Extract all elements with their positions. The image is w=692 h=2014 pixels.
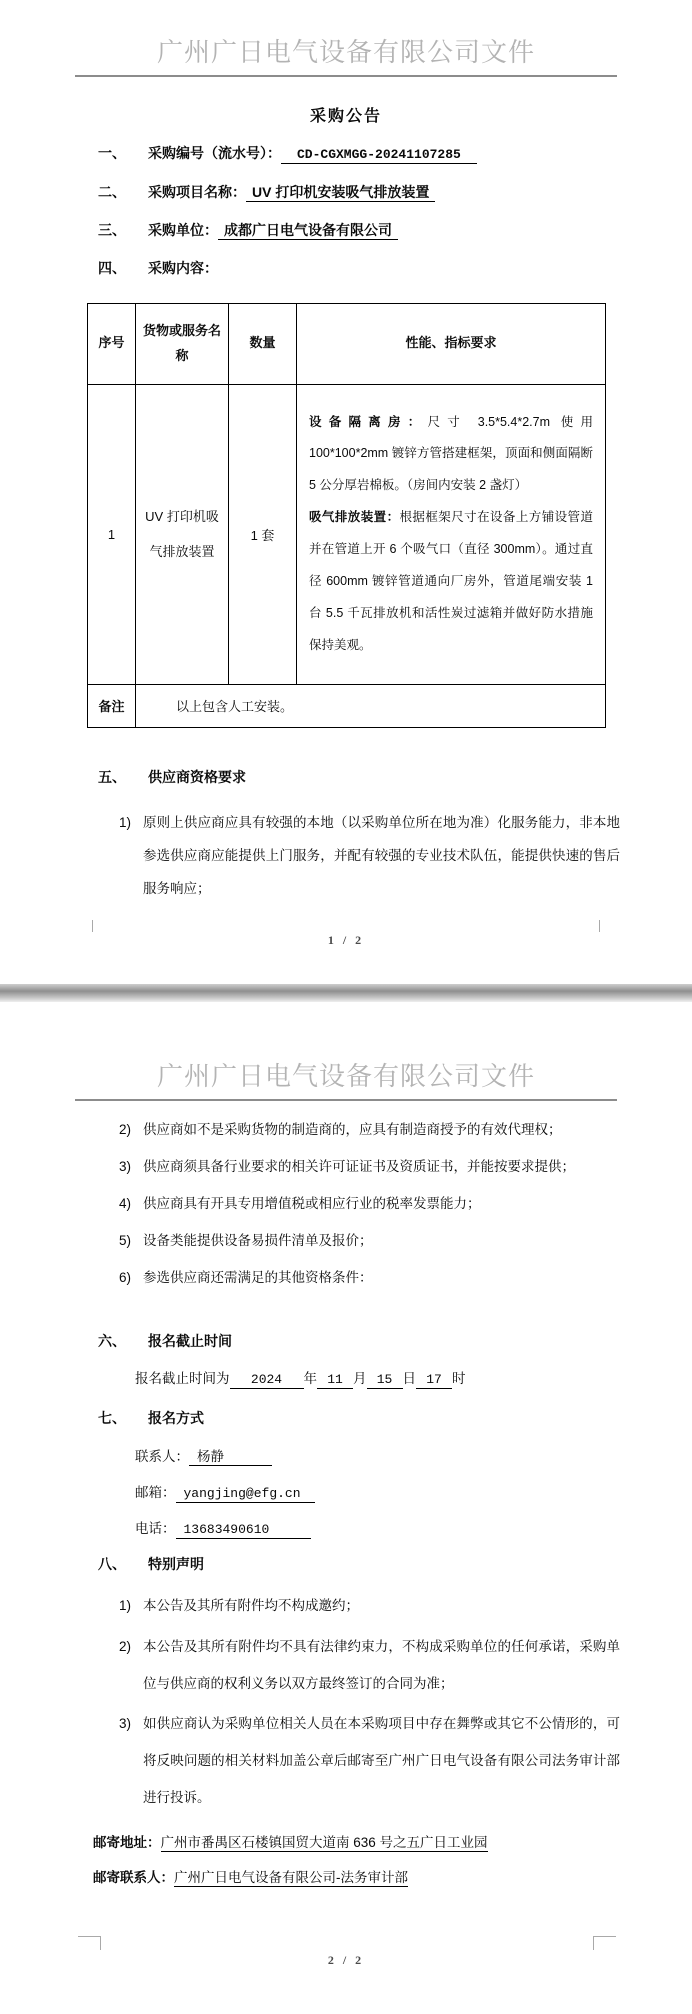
list-marker: 2) xyxy=(119,1628,143,1702)
cell-spec-requirements: 设备隔离房：尺寸 3.5*5.4*2.7m 使用 100*100*2mm 镀锌方… xyxy=(297,384,606,684)
deadline-year-unit: 年 xyxy=(304,1371,318,1386)
section-heading-supplier-qualifications: 五、供应商资格要求 xyxy=(98,766,692,788)
item-label: 采购单位： xyxy=(148,222,218,238)
list-item: 1) 原则上供应商应具有较强的本地（以采购单位所在地为准）化服务能力，非本地参选… xyxy=(119,806,620,905)
qualification-list: 1) 原则上供应商应具有较强的本地（以采购单位所在地为准）化服务能力，非本地参选… xyxy=(0,806,692,905)
contact-label: 邮箱： xyxy=(135,1485,176,1500)
margin-tick-left xyxy=(92,920,93,932)
item-number: 三、 xyxy=(98,220,148,241)
table-header-row: 序号 货物或服务名称 数量 性能、指标要求 xyxy=(88,303,606,384)
contact-person-line: 联系人：杨静 xyxy=(135,1445,692,1465)
section-number: 六、 xyxy=(98,1330,148,1352)
letterhead-rule xyxy=(75,1099,617,1101)
deadline-prefix: 报名截止时间为 xyxy=(135,1371,230,1386)
list-text: 原则上供应商应具有较强的本地（以采购单位所在地为准）化服务能力，非本地参选供应商… xyxy=(143,806,620,905)
list-item: 2) 供应商如不是采购货物的制造商的，应具有制造商授予的有效代理权； xyxy=(119,1113,620,1146)
item-number: 四、 xyxy=(98,258,148,279)
item-number: 一、 xyxy=(98,143,148,164)
contact-email-value: yangjing@efg.cn xyxy=(176,1486,315,1503)
list-text: 供应商须具备行业要求的相关许可证证书及资质证书，并能按要求提供； xyxy=(143,1150,620,1183)
list-item: 6) 参选供应商还需满足的其他资格条件： xyxy=(119,1261,620,1294)
procurement-table: 序号 货物或服务名称 数量 性能、指标要求 1 UV 打印机吸气排放装置 1 套… xyxy=(87,303,606,728)
table-remark-row: 备注 以上包含人工安装。 xyxy=(88,684,606,727)
list-marker: 1) xyxy=(119,1587,143,1624)
cell-quantity: 1 套 xyxy=(229,384,297,684)
project-name-value: UV 打印机安装吸气排放装置 xyxy=(246,184,435,202)
list-text: 本公告及其所有附件均不具有法律约束力，不构成采购单位的任何承诺，采购单位与供应商… xyxy=(143,1628,620,1702)
page-1: 广州广日电气设备有限公司文件 采购公告 一、采购编号（流水号）：CD-CGXMG… xyxy=(0,0,692,984)
remark-label: 备注 xyxy=(88,684,136,727)
spec-lead: 设备隔离房： xyxy=(309,415,428,429)
section-number: 五、 xyxy=(98,766,148,788)
contact-email-line: 邮箱：yangjing@efg.cn xyxy=(135,1481,692,1501)
spec-paragraph: 吸气排放装置：根据框架尺寸在设备上方铺设管道并在管道上开 6 个吸气口（直径 3… xyxy=(309,502,593,661)
list-marker: 3) xyxy=(119,1705,143,1816)
deadline-day-value: 15 xyxy=(367,1372,403,1389)
list-marker: 3) xyxy=(119,1150,143,1183)
company-letterhead: 广州广日电气设备有限公司文件 xyxy=(0,1002,692,1093)
numbered-item-content: 四、采购内容： xyxy=(98,258,692,279)
page-number: 1 / 2 xyxy=(0,933,692,948)
mailing-label: 邮寄地址： xyxy=(93,1835,161,1850)
spec-text: 根据框架尺寸在设备上方铺设管道并在管道上开 6 个吸气口（直径 300mm）。通… xyxy=(309,510,593,652)
page-divider xyxy=(0,984,692,1002)
procurement-number-value: CD-CGXMGG-20241107285 xyxy=(281,147,477,164)
text-area-corner-mark-left xyxy=(78,1936,101,1950)
company-letterhead: 广州广日电气设备有限公司文件 xyxy=(0,0,692,69)
contact-person-value: 杨静 xyxy=(189,1449,272,1466)
list-item: 5) 设备类能提供设备易损件清单及报价； xyxy=(119,1224,620,1257)
contact-label: 电话： xyxy=(135,1521,176,1536)
mailing-contact-line: 邮寄联系人：广州广日电气设备有限公司-法务审计部 xyxy=(93,1866,692,1886)
item-label: 采购编号（流水号）： xyxy=(148,145,281,161)
text-area-corner-mark-right xyxy=(593,1936,616,1950)
purchaser-value: 成都广日电气设备有限公司 xyxy=(218,222,398,240)
qualification-list-continued: 2) 供应商如不是采购货物的制造商的，应具有制造商授予的有效代理权； 3) 供应… xyxy=(0,1113,692,1294)
letterhead-rule xyxy=(75,75,617,77)
item-label: 采购内容： xyxy=(148,260,218,276)
contact-phone-value: 13683490610 xyxy=(176,1522,312,1539)
list-text: 供应商具有开具专用增值税或相应行业的税率发票能力； xyxy=(143,1187,620,1220)
list-text: 参选供应商还需满足的其他资格条件： xyxy=(143,1261,620,1294)
list-marker: 4) xyxy=(119,1187,143,1220)
list-item: 4) 供应商具有开具专用增值税或相应行业的税率发票能力； xyxy=(119,1187,620,1220)
margin-tick-right xyxy=(599,920,600,932)
section-number: 七、 xyxy=(98,1407,148,1429)
cell-seq: 1 xyxy=(88,384,136,684)
section-title: 供应商资格要求 xyxy=(148,769,246,785)
list-marker: 6) xyxy=(119,1261,143,1294)
list-item: 2) 本公告及其所有附件均不具有法律约束力，不构成采购单位的任何承诺，采购单位与… xyxy=(119,1628,620,1702)
section-heading-registration-deadline: 六、报名截止时间 xyxy=(98,1330,692,1352)
mailing-contact-value: 广州广日电气设备有限公司-法务审计部 xyxy=(174,1870,408,1887)
mailing-address-line: 邮寄地址：广州市番禺区石楼镇国贸大道南 636 号之五广日工业园 xyxy=(93,1831,692,1851)
deadline-month-value: 11 xyxy=(317,1372,353,1389)
item-number: 二、 xyxy=(98,182,148,203)
mailing-address-value: 广州市番禺区石楼镇国贸大道南 636 号之五广日工业园 xyxy=(161,1835,488,1852)
deadline-hour-value: 17 xyxy=(416,1372,452,1389)
list-text: 如供应商认为采购单位相关人员在本采购项目中存在舞弊或其它不公情形的，可将反映问题… xyxy=(143,1705,620,1816)
statement-list: 1) 本公告及其所有附件均不构成邀约； 2) 本公告及其所有附件均不具有法律约束… xyxy=(0,1587,692,1816)
list-text: 供应商如不是采购货物的制造商的，应具有制造商授予的有效代理权； xyxy=(143,1113,620,1146)
table-header-seq: 序号 xyxy=(88,303,136,384)
contact-label: 联系人： xyxy=(135,1449,189,1464)
section-number: 八、 xyxy=(98,1553,148,1575)
numbered-item-purchaser: 三、采购单位：成都广日电气设备有限公司 xyxy=(98,220,692,241)
page-2: 广州广日电气设备有限公司文件 2) 供应商如不是采购货物的制造商的，应具有制造商… xyxy=(0,1002,692,2014)
deadline-day-unit: 日 xyxy=(403,1371,417,1386)
section-title: 特别声明 xyxy=(148,1556,204,1572)
list-marker: 1) xyxy=(119,806,143,905)
list-marker: 5) xyxy=(119,1224,143,1257)
deadline-month-unit: 月 xyxy=(353,1371,367,1386)
table-header-qty: 数量 xyxy=(229,303,297,384)
list-marker: 2) xyxy=(119,1113,143,1146)
page-number: 2 / 2 xyxy=(0,1953,692,1968)
spec-paragraph: 设备隔离房：尺寸 3.5*5.4*2.7m 使用 100*100*2mm 镀锌方… xyxy=(309,407,593,503)
list-text: 本公告及其所有附件均不构成邀约； xyxy=(143,1587,620,1624)
item-label: 采购项目名称： xyxy=(148,184,246,200)
list-item: 3) 如供应商认为采购单位相关人员在本采购项目中存在舞弊或其它不公情形的，可将反… xyxy=(119,1705,620,1816)
document-title: 采购公告 xyxy=(0,103,692,126)
table-header-spec: 性能、指标要求 xyxy=(297,303,606,384)
list-item: 1) 本公告及其所有附件均不构成邀约； xyxy=(119,1587,620,1624)
section-title: 报名方式 xyxy=(148,1410,204,1426)
contact-phone-line: 电话：13683490610 xyxy=(135,1517,692,1537)
cell-goods-name: UV 打印机吸气排放装置 xyxy=(136,384,229,684)
mailing-label: 邮寄联系人： xyxy=(93,1870,174,1885)
section-heading-registration-method: 七、报名方式 xyxy=(98,1407,692,1429)
list-text: 设备类能提供设备易损件清单及报价； xyxy=(143,1224,620,1257)
section-heading-special-statement: 八、特别声明 xyxy=(98,1553,692,1575)
numbered-item-project-name: 二、采购项目名称：UV 打印机安装吸气排放装置 xyxy=(98,182,692,203)
spec-lead: 吸气排放装置： xyxy=(309,510,400,524)
deadline-year-value: 2024 xyxy=(230,1372,304,1389)
table-row: 1 UV 打印机吸气排放装置 1 套 设备隔离房：尺寸 3.5*5.4*2.7m… xyxy=(88,384,606,684)
deadline-hour-unit: 时 xyxy=(452,1371,466,1386)
section-title: 报名截止时间 xyxy=(148,1333,232,1349)
numbered-item-procurement-no: 一、采购编号（流水号）：CD-CGXMGG-20241107285 xyxy=(98,143,692,165)
deadline-line: 报名截止时间为2024年11月15日17时 xyxy=(135,1367,692,1389)
table-header-name: 货物或服务名称 xyxy=(136,303,229,384)
list-item: 3) 供应商须具备行业要求的相关许可证证书及资质证书，并能按要求提供； xyxy=(119,1150,620,1183)
remark-value: 以上包含人工安装。 xyxy=(136,684,606,727)
